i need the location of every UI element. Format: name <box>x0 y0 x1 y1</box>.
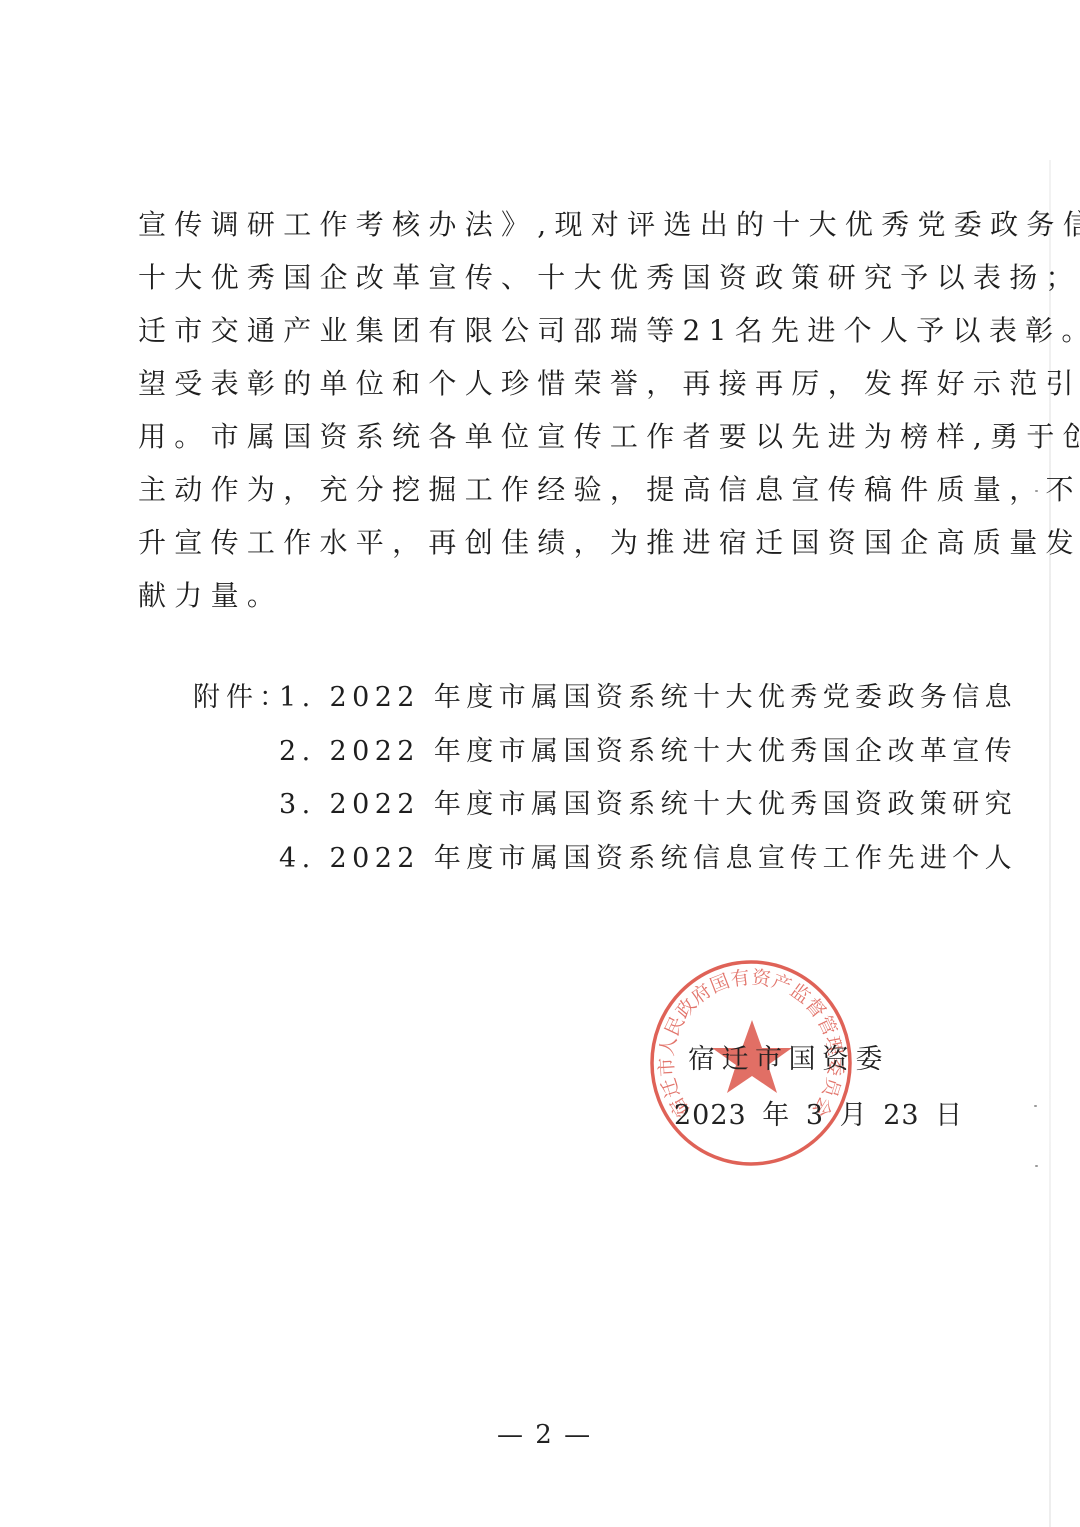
page-number: — 2 — <box>497 1418 592 1452</box>
body-line: 主动作为，充分挖掘工作经验，提高信息宣传稿件质量，不断提 <box>138 468 940 521</box>
attachment-item: 2. 2022 年度市属国资系统十大优秀国企改革宣传 <box>193 730 913 784</box>
body-line: 迁市交通产业集团有限公司邵瑞等21名先进个人予以表彰。希 <box>138 309 940 362</box>
issue-date: 2023 年 3 月 23 日 <box>674 1094 963 1138</box>
body-line: 望受表彰的单位和个人珍惜荣誉，再接再厉，发挥好示范引领作 <box>138 362 940 415</box>
body-line: 升宣传工作水平，再创佳绩，为推进宿迁国资国企高质量发展贡 <box>138 521 940 574</box>
body-line: 献力量。 <box>138 574 940 627</box>
issuing-organization: 宿迁市国资委 <box>688 1038 889 1082</box>
body-line: 宣传调研工作考核办法》,现对评选出的十大优秀党委政务信息、 <box>138 203 940 256</box>
attachment-item: 3. 2022 年度市属国资系统十大优秀国资政策研究 <box>193 783 913 837</box>
body-line: 用。市属国资系统各单位宣传工作者要以先进为榜样,勇于创新、 <box>138 415 940 468</box>
body-line: 十大优秀国企改革宣传、十大优秀国资政策研究予以表扬；对宿 <box>138 256 940 309</box>
attachment-item: 4. 2022 年度市属国资系统信息宣传工作先进个人 <box>193 837 913 891</box>
body-paragraph: 宣传调研工作考核办法》,现对评选出的十大优秀党委政务信息、 十大优秀国企改革宣传… <box>138 203 940 627</box>
document-page: 宣传调研工作考核办法》,现对评选出的十大优秀党委政务信息、 十大优秀国企改革宣传… <box>0 0 1080 1527</box>
attachment-title: 2. 2022 年度市属国资系统十大优秀国企改革宣传 <box>279 736 1017 767</box>
page-edge-shadow <box>1049 160 1051 1527</box>
attachment-title: 1. 2022 年度市属国资系统十大优秀党委政务信息 <box>279 682 1017 713</box>
attachments-label: 附件： <box>193 676 279 720</box>
attachments-list: 附件：1. 2022 年度市属国资系统十大优秀党委政务信息 2. 2022 年度… <box>193 676 913 890</box>
scan-speck <box>1035 1165 1038 1167</box>
attachment-item: 附件：1. 2022 年度市属国资系统十大优秀党委政务信息 <box>193 676 913 730</box>
attachment-title: 4. 2022 年度市属国资系统信息宣传工作先进个人 <box>279 843 1017 874</box>
attachment-title: 3. 2022 年度市属国资系统十大优秀国资政策研究 <box>279 789 1017 820</box>
scan-speck <box>1034 1105 1037 1107</box>
